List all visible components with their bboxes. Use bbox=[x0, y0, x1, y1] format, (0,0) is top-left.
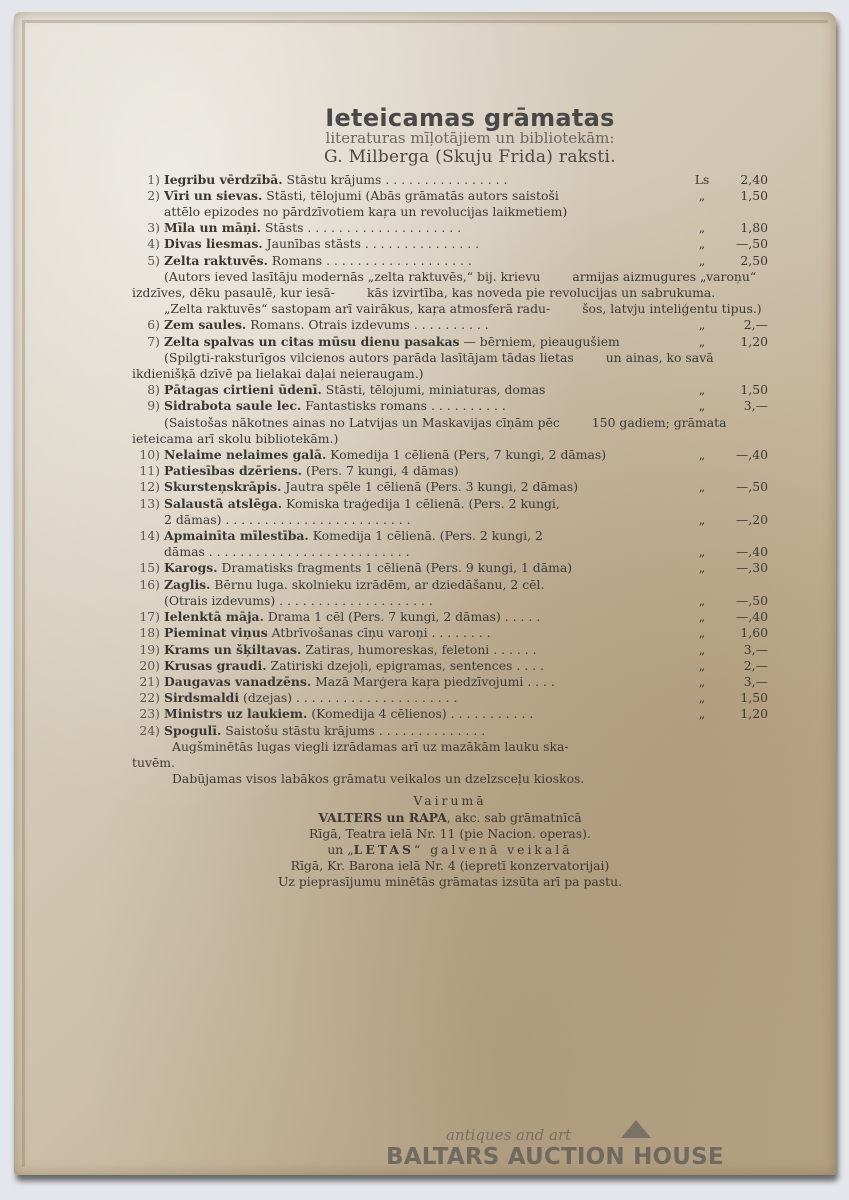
item-title: Salaustā atslēga. bbox=[164, 496, 282, 511]
item-price: —,40 bbox=[716, 609, 768, 625]
item-number: 8) bbox=[132, 382, 164, 398]
item-price: 1,80 bbox=[716, 220, 768, 236]
item-number: 7) bbox=[132, 334, 164, 350]
book-list-item: 20)Krusas graudi. Zatiriski dzejoļi, epi… bbox=[132, 658, 768, 674]
item-number: 5) bbox=[132, 253, 164, 269]
footer-note-1-cont: tuvēm. bbox=[132, 755, 768, 771]
item-text: Nelaime nelaimes galā. Komedija 1 cēlien… bbox=[164, 447, 688, 463]
letas-line: un „LETAS“ galvenā veikalā bbox=[132, 842, 768, 858]
book-list-item: 8)Pātagas cirtieni ūdenī. Stāsti, tēloju… bbox=[132, 382, 768, 398]
ditto-mark: „ bbox=[688, 560, 716, 576]
ditto-mark: „ bbox=[688, 236, 716, 252]
book-list-item: 14)Apmainīta mīlestība. Komedija 1 cēlie… bbox=[132, 528, 768, 544]
item-description: Komiska traģedija 1 cēlienā. (Pers. 2 ku… bbox=[286, 496, 560, 511]
item-title: Divas liesmas. bbox=[164, 236, 263, 251]
item-text: Daugavas vanadzēns. Mazā Marģera kaŗa pi… bbox=[164, 674, 688, 690]
item-number: 23) bbox=[132, 706, 164, 722]
book-list-item: 21)Daugavas vanadzēns. Mazā Marģera kaŗa… bbox=[132, 674, 768, 690]
item-text: Iegribu vērdzībā. Stāstu krājums . . . .… bbox=[164, 172, 688, 188]
item-description-cont: attēlo epizodes no pārdzīvotiem kaŗa un … bbox=[132, 204, 567, 219]
item-number: 12) bbox=[132, 479, 164, 495]
item-number: 10) bbox=[132, 447, 164, 463]
book-list-item: 18)Pieminat viņus Atbrīvošanas cīņu varo… bbox=[132, 625, 768, 641]
book-list-item: 17)Ielenktā māja. Drama 1 cēl (Pers. 7 k… bbox=[132, 609, 768, 625]
book-list-item: 4)Divas liesmas. Jaunības stāsts . . . .… bbox=[132, 236, 768, 252]
ditto-mark: „ bbox=[688, 398, 716, 414]
publisher-address: Rīgā, Teatra ielā Nr. 11 (pie Nacion. op… bbox=[132, 826, 768, 842]
book-list-item: 15)Karogs. Dramatisks fragments 1 cēlien… bbox=[132, 560, 768, 576]
watermark-title: BALTARS AUCTION HOUSE bbox=[386, 1144, 724, 1170]
item-title: Ministrs uz laukiem. bbox=[164, 706, 307, 721]
item-price: 1,20 bbox=[716, 334, 768, 350]
item-description: Bērnu luga. skolnieku izrādēm, ar dziedā… bbox=[214, 577, 544, 592]
book-list-item: 24)Spogulī. Saistošu stāstu krājums . . … bbox=[132, 723, 768, 739]
item-description: Drama 1 cēl (Pers. 7 kungi, 2 dāmas) . .… bbox=[268, 609, 540, 624]
item-number: 9) bbox=[132, 398, 164, 414]
item-description: (Pers. 7 kungi, 4 dāmas) bbox=[306, 463, 459, 478]
item-number: 14) bbox=[132, 528, 164, 544]
item-title: Sidrabota saule lec. bbox=[164, 398, 301, 413]
item-description: Stāsti, tēlojumi (Abās grāmatās autors s… bbox=[266, 188, 559, 203]
item-description: Komedija 1 cēlienā. (Pers. 2 kungi, 2 bbox=[313, 528, 543, 543]
book-list-item: 1)Iegribu vērdzībā. Stāstu krājums . . .… bbox=[132, 172, 768, 188]
item-description: Stāsts . . . . . . . . . . . . . . . . .… bbox=[265, 220, 461, 235]
item-title: Zelta spalvas un citas mūsu dienu pasaka… bbox=[164, 334, 460, 349]
letas-pre: un „ bbox=[327, 842, 353, 857]
ditto-mark: „ bbox=[688, 690, 716, 706]
publisher-rest: , akc. sab grāmatnīcā bbox=[447, 810, 582, 825]
item-title: Zelta raktuvēs. bbox=[164, 253, 268, 268]
item-description: dāmas . . . . . . . . . . . . . . . . . … bbox=[164, 544, 410, 559]
item-number: 16) bbox=[132, 577, 164, 593]
item-text: Skursteņskrāpis. Jautra spēle 1 cēlienā … bbox=[164, 479, 688, 495]
item-description: Zatiras, humoreskas, feletoni . . . . . … bbox=[305, 642, 536, 657]
item-title: Iegribu vērdzībā. bbox=[164, 172, 283, 187]
item-price: 1,60 bbox=[716, 625, 768, 641]
item-title: Pātagas cirtieni ūdenī. bbox=[164, 382, 322, 397]
item-title: Apmainīta mīlestība. bbox=[164, 528, 309, 543]
letas-name: LETAS bbox=[354, 842, 414, 857]
item-price: 3,— bbox=[716, 674, 768, 690]
item-description: (Otrais izdevums) . . . . . . . . . . . … bbox=[164, 593, 433, 608]
book-list-item: 23)Ministrs uz laukiem. (Komedija 4 cēli… bbox=[132, 706, 768, 722]
item-number: 2) bbox=[132, 188, 164, 204]
mail-note: Uz pieprasījumu minētās grāmatas izsūta … bbox=[132, 874, 768, 890]
ditto-mark: „ bbox=[688, 253, 716, 269]
item-description-cont: „Zelta raktuvēs“ sastopam arī vairākus, … bbox=[132, 301, 550, 316]
item-text: Zaglis. Bērnu luga. skolnieku izrādēm, a… bbox=[164, 577, 688, 593]
letas-post: “ galvenā veikalā bbox=[414, 842, 573, 857]
item-text: Salaustā atslēga. Komiska traģedija 1 cē… bbox=[164, 496, 688, 512]
item-text: Karogs. Dramatisks fragments 1 cēlienā (… bbox=[164, 560, 688, 576]
item-description: Stāsti, tēlojumi, miniaturas, domas bbox=[326, 382, 546, 397]
ditto-mark: „ bbox=[688, 220, 716, 236]
book-list-item: 10)Nelaime nelaimes galā. Komedija 1 cēl… bbox=[132, 447, 768, 463]
crown-icon bbox=[621, 1120, 651, 1138]
item-price: —,40 bbox=[716, 447, 768, 463]
item-text: Krams un šķiltavas. Zatiras, humoreskas,… bbox=[164, 642, 688, 658]
item-price: 1,50 bbox=[716, 690, 768, 706]
item-description: Romans . . . . . . . . . . . . . . . . .… bbox=[272, 253, 472, 268]
item-text: Zelta raktuvēs. Romans . . . . . . . . .… bbox=[164, 253, 688, 269]
item-text: Sidrabota saule lec. Fantastisks romans … bbox=[164, 398, 688, 414]
item-description: Atbrīvošanas cīņu varoņi . . . . . . . . bbox=[272, 625, 491, 640]
item-text: Spogulī. Saistošu stāstu krājums . . . .… bbox=[164, 723, 688, 739]
book-list-item: 2 dāmas) . . . . . . . . . . . . . . . .… bbox=[132, 512, 768, 528]
item-price: —,40 bbox=[716, 544, 768, 560]
item-number: 24) bbox=[132, 723, 164, 739]
book-list-item: 22)Sirdsmaldi (dzejas) . . . . . . . . .… bbox=[132, 690, 768, 706]
item-title: Spogulī. bbox=[164, 723, 221, 738]
item-text: Krusas graudi. Zatiriski dzejoļi, epigra… bbox=[164, 658, 688, 674]
item-description: Komedija 1 cēlienā (Pers, 7 kungi, 2 dām… bbox=[330, 447, 606, 462]
book-list-item: 13)Salaustā atslēga. Komiska traģedija 1… bbox=[132, 496, 768, 512]
item-text: 2 dāmas) . . . . . . . . . . . . . . . .… bbox=[164, 512, 688, 528]
item-title: Patiesības dzēriens. bbox=[164, 463, 302, 478]
book-list-item: 11)Patiesības dzēriens. (Pers. 7 kungi, … bbox=[132, 463, 768, 479]
item-title: Skursteņskrāpis. bbox=[164, 479, 281, 494]
item-price: 2,40 bbox=[716, 172, 768, 188]
book-list-item: dāmas . . . . . . . . . . . . . . . . . … bbox=[132, 544, 768, 560]
book-list-item: 5)Zelta raktuvēs. Romans . . . . . . . .… bbox=[132, 253, 768, 269]
book-list-item: 9)Sidrabota saule lec. Fantastisks roman… bbox=[132, 398, 768, 414]
item-text: dāmas . . . . . . . . . . . . . . . . . … bbox=[164, 544, 688, 560]
ditto-mark: „ bbox=[688, 609, 716, 625]
item-text: Divas liesmas. Jaunības stāsts . . . . .… bbox=[164, 236, 688, 252]
item-description: 2 dāmas) . . . . . . . . . . . . . . . .… bbox=[164, 512, 411, 527]
item-price: 1,50 bbox=[716, 382, 768, 398]
ditto-mark: „ bbox=[688, 625, 716, 641]
item-number: 19) bbox=[132, 642, 164, 658]
book-list-item: 19)Krams un šķiltavas. Zatiras, humoresk… bbox=[132, 642, 768, 658]
book-list: 1)Iegribu vērdzībā. Stāstu krājums . . .… bbox=[132, 172, 768, 739]
item-description: Jautra spēle 1 cēlienā (Pers. 3 kungi, 2… bbox=[285, 479, 578, 494]
item-text: Pieminat viņus Atbrīvošanas cīņu varoņi … bbox=[164, 625, 688, 641]
item-title: Sirdsmaldi bbox=[164, 690, 239, 705]
ditto-mark: „ bbox=[688, 447, 716, 463]
item-description-cont: (Autors ieved lasītāju modernās „zelta r… bbox=[132, 269, 540, 284]
item-price: 2,50 bbox=[716, 253, 768, 269]
ditto-mark: „ bbox=[688, 706, 716, 722]
item-price: —,30 bbox=[716, 560, 768, 576]
item-text: Apmainīta mīlestība. Komedija 1 cēlienā.… bbox=[164, 528, 688, 544]
item-title: Vīri un sievas. bbox=[164, 188, 262, 203]
letas-address: Rīgā, Kr. Barona ielā Nr. 4 (iepretī kon… bbox=[132, 858, 768, 874]
item-price: 2,— bbox=[716, 658, 768, 674]
item-number: 3) bbox=[132, 220, 164, 236]
item-description: Jaunības stāsts . . . . . . . . . . . . … bbox=[267, 236, 479, 251]
item-title: Zem saules. bbox=[164, 317, 246, 332]
book-list-item: 7)Zelta spalvas un citas mūsu dienu pasa… bbox=[132, 334, 768, 350]
wholesale-label: Vairumā bbox=[132, 793, 768, 809]
ditto-mark: „ bbox=[688, 658, 716, 674]
item-title: Karogs. bbox=[164, 560, 218, 575]
item-price: 2,— bbox=[716, 317, 768, 333]
item-title: Zaglis. bbox=[164, 577, 210, 592]
item-number: 1) bbox=[132, 172, 164, 188]
item-number: 17) bbox=[132, 609, 164, 625]
book-list-item: 16)Zaglis. Bērnu luga. skolnieku izrādēm… bbox=[132, 577, 768, 593]
item-price: —,50 bbox=[716, 593, 768, 609]
item-price: —,50 bbox=[716, 236, 768, 252]
item-description: (Komedija 4 cēlienos) . . . . . . . . . … bbox=[311, 706, 533, 721]
book-list-item: 12)Skursteņskrāpis. Jautra spēle 1 cēlie… bbox=[132, 479, 768, 495]
watermark-subtitle: antiques and art bbox=[446, 1126, 571, 1144]
item-price: 3,— bbox=[716, 398, 768, 414]
book-list-item: 3)Mīla un māņi. Stāsts . . . . . . . . .… bbox=[132, 220, 768, 236]
item-text: Vīri un sievas. Stāsti, tēlojumi (Abās g… bbox=[164, 188, 688, 204]
item-description: Mazā Marģera kaŗa piedzīvojumi . . . . bbox=[315, 674, 555, 689]
ditto-mark: „ bbox=[688, 544, 716, 560]
item-number: 11) bbox=[132, 463, 164, 479]
publisher-name: VALTERS un RAPA bbox=[318, 810, 446, 825]
ditto-mark: „ bbox=[688, 334, 716, 350]
ditto-mark: „ bbox=[688, 479, 716, 495]
item-description: Dramatisks fragments 1 cēlienā (Pers. 9 … bbox=[222, 560, 573, 575]
item-number: 18) bbox=[132, 625, 164, 641]
item-description-cont: šos, latvju inteliģentu tipus.) bbox=[550, 301, 761, 316]
ditto-mark: „ bbox=[688, 188, 716, 204]
item-number: 20) bbox=[132, 658, 164, 674]
item-description: Zatiriski dzejoļi, epigramas, sentences … bbox=[270, 658, 543, 673]
ditto-mark: „ bbox=[688, 317, 716, 333]
item-description: Saistošu stāstu krājums . . . . . . . . … bbox=[225, 723, 485, 738]
item-price: —,50 bbox=[716, 479, 768, 495]
item-number: 6) bbox=[132, 317, 164, 333]
item-title: Mīla un māņi. bbox=[164, 220, 261, 235]
author-line: G. Milberga (Skuju Frida) raksti. bbox=[132, 149, 768, 165]
item-description: (dzejas) . . . . . . . . . . . . . . . .… bbox=[243, 690, 457, 705]
item-text: Ministrs uz laukiem. (Komedija 4 cēlieno… bbox=[164, 706, 688, 722]
item-text: Mīla un māņi. Stāsts . . . . . . . . . .… bbox=[164, 220, 688, 236]
item-text: Patiesības dzēriens. (Pers. 7 kungi, 4 d… bbox=[164, 463, 688, 479]
item-number: 4) bbox=[132, 236, 164, 252]
item-title: Ielenktā māja. bbox=[164, 609, 264, 624]
book-list-ad: Ieteicamas grāmatas literaturas mīļotāji… bbox=[132, 110, 768, 891]
item-price: —,20 bbox=[716, 512, 768, 528]
item-text: Pātagas cirtieni ūdenī. Stāsti, tēlojumi… bbox=[164, 382, 688, 398]
footer-note-2: Dabūjamas visos labākos grāmatu veikalos… bbox=[132, 771, 768, 787]
ditto-mark: „ bbox=[688, 642, 716, 658]
ditto-mark: „ bbox=[688, 674, 716, 690]
item-text: Zem saules. Romans. Otrais izdevums . . … bbox=[164, 317, 688, 333]
item-number: 15) bbox=[132, 560, 164, 576]
item-text: Ielenktā māja. Drama 1 cēl (Pers. 7 kung… bbox=[164, 609, 688, 625]
item-description-cont: kās izvirtība, kas noveda pie revolucija… bbox=[335, 285, 715, 300]
footer-note-1: Augšminētās lugas viegli izrādamas arī u… bbox=[132, 739, 768, 755]
book-list-item: (Otrais izdevums) . . . . . . . . . . . … bbox=[132, 593, 768, 609]
item-number: 22) bbox=[132, 690, 164, 706]
ditto-mark: „ bbox=[688, 593, 716, 609]
item-title: Pieminat viņus bbox=[164, 625, 268, 640]
publisher-line: VALTERS un RAPA, akc. sab grāmatnīcā bbox=[132, 810, 768, 826]
page-title: Ieteicamas grāmatas bbox=[132, 110, 768, 126]
item-description-cont: (Spilgti-raksturīgos vilcienos autors pa… bbox=[132, 350, 574, 365]
item-text: (Otrais izdevums) . . . . . . . . . . . … bbox=[164, 593, 688, 609]
item-price: 1,50 bbox=[716, 188, 768, 204]
item-title: Nelaime nelaimes galā. bbox=[164, 447, 326, 462]
book-list-item: 6)Zem saules. Romans. Otrais izdevums . … bbox=[132, 317, 768, 333]
item-title: Daugavas vanadzēns. bbox=[164, 674, 311, 689]
item-description: Stāstu krājums . . . . . . . . . . . . .… bbox=[287, 172, 508, 187]
item-number: 13) bbox=[132, 496, 164, 512]
book-back-cover: Ieteicamas grāmatas literaturas mīļotāji… bbox=[14, 12, 836, 1175]
ditto-mark: „ bbox=[688, 382, 716, 398]
page-subtitle: literaturas mīļotājiem un bibliotekām: bbox=[132, 130, 768, 146]
item-description: Fantastisks romans . . . . . . . . . . bbox=[305, 398, 506, 413]
book-list-item: 2)Vīri un sievas. Stāsti, tēlojumi (Abās… bbox=[132, 188, 768, 204]
ditto-mark: „ bbox=[688, 512, 716, 528]
item-price: 1,20 bbox=[716, 706, 768, 722]
item-price: 3,— bbox=[716, 642, 768, 658]
auction-house-watermark: antiques and art BALTARS AUCTION HOUSE bbox=[386, 1120, 786, 1180]
item-description-cont: (Saistošas nākotnes ainas no Latvijas un… bbox=[132, 415, 560, 430]
item-description: Romans. Otrais izdevums . . . . . . . . … bbox=[250, 317, 488, 332]
item-text: Zelta spalvas un citas mūsu dienu pasaka… bbox=[164, 334, 688, 350]
item-title: Krusas graudi. bbox=[164, 658, 267, 673]
item-number: 21) bbox=[132, 674, 164, 690]
item-description: — bērniem, pieaugušiem bbox=[463, 334, 619, 349]
item-text: Sirdsmaldi (dzejas) . . . . . . . . . . … bbox=[164, 690, 688, 706]
ditto-mark: Ls bbox=[688, 172, 716, 188]
item-title: Krams un šķiltavas. bbox=[164, 642, 301, 657]
